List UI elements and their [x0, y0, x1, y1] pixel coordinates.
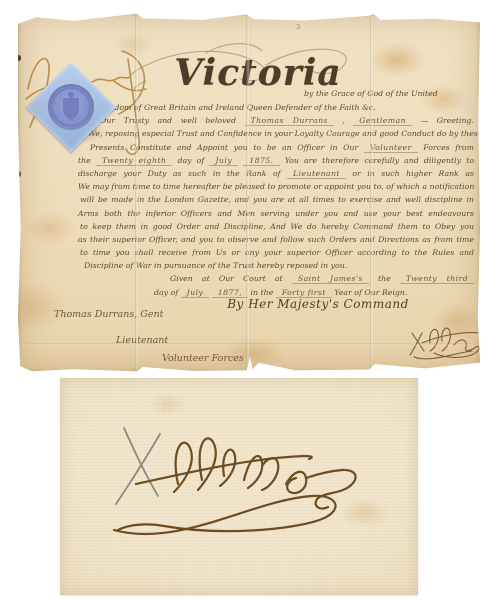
- binding-hole: [17, 171, 21, 177]
- commission-document: 3 V: [18, 13, 480, 372]
- printed-text: the: [378, 274, 391, 283]
- printed-text: We, reposing especial Trust and Confiden…: [88, 129, 482, 138]
- docket-name: Thomas Durrans, Gent: [54, 309, 163, 320]
- heading-continuation: by the Grace of God of the United: [304, 89, 480, 98]
- handwritten-infill: Lieutenant: [287, 169, 346, 179]
- signature-closeup-panel: [60, 378, 418, 595]
- seal-crest-icon: [48, 84, 94, 130]
- fold-crease: [370, 13, 374, 372]
- printed-text: Our Trusty and well beloved: [100, 116, 236, 125]
- handwritten-infill: Thomas Durrans: [245, 116, 334, 126]
- handwritten-infill: Saint James's: [292, 274, 369, 284]
- printed-text: You are therefore carefully and diligent…: [285, 156, 474, 165]
- page-number: 3: [296, 23, 300, 31]
- printed-text: — Greeting.: [420, 116, 474, 125]
- printed-text: Forces from: [423, 143, 474, 152]
- printed-text: Presents Constitute and Appoint you to b…: [90, 143, 358, 152]
- printed-text: day of: [177, 156, 204, 165]
- binding-hole: [17, 55, 21, 61]
- countersignature-icon: [406, 311, 484, 363]
- fold-crease: [135, 13, 139, 372]
- handwritten-infill: July: [209, 156, 238, 166]
- printed-text: will be made in the London Gazette, and …: [80, 195, 474, 204]
- fold-crease: [246, 13, 250, 372]
- document-title: Victoria: [113, 55, 403, 91]
- printed-text: ,: [342, 116, 344, 125]
- command-line: By Her Majesty's Command: [168, 297, 468, 311]
- printed-text: in the: [251, 288, 274, 297]
- printed-text: day of: [154, 288, 178, 297]
- handwritten-infill: Gentleman: [353, 116, 412, 126]
- seal-emboss-icon: [48, 84, 94, 130]
- scan-page: { "document": { "page_number": "3", "hea…: [0, 0, 500, 600]
- pencil-x-mark: [116, 428, 160, 504]
- enlarged-signature-icon: [60, 378, 418, 595]
- printed-text: to time you shall receive from Us or any…: [80, 248, 474, 257]
- printed-text: Discipline of War in pursuance of the Tr…: [84, 261, 347, 270]
- docket-force: Volunteer Forces: [162, 353, 244, 364]
- printed-text: Given at Our Court at: [170, 274, 283, 283]
- printed-text: the: [78, 156, 91, 165]
- handwritten-infill: Twenty third: [400, 274, 474, 284]
- fold-crease-horizontal: [27, 343, 471, 346]
- printed-text: discharge your Duty as such in the Rank …: [78, 169, 281, 178]
- printed-text: to keep them in good Order and Disciplin…: [80, 222, 474, 231]
